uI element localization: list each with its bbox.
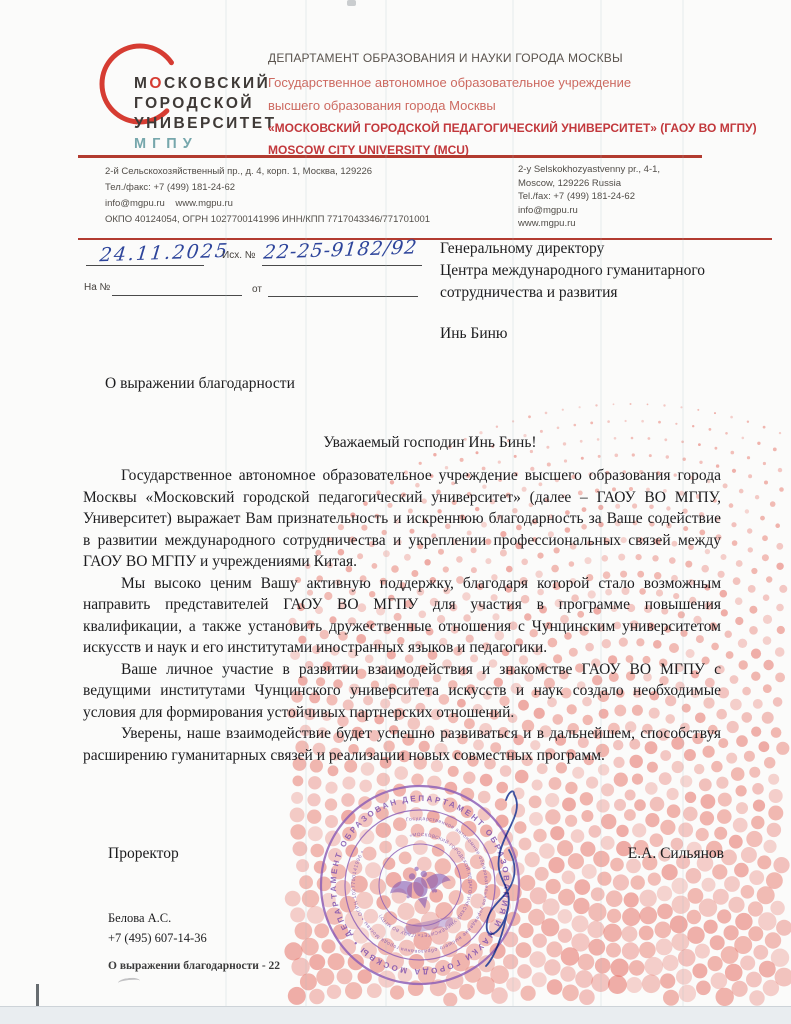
subject-line: О выражении благодарности — [105, 375, 295, 393]
incoming-date-underline — [268, 296, 418, 297]
paragraph-1: Государственное автономное образовательн… — [83, 465, 721, 573]
signer-name: Е.А. Сильянов — [628, 845, 724, 863]
contact-codes-ru: ОКПО 40124054, ОГРН 1027700141996 ИНН/КП… — [105, 212, 430, 228]
pencil-mark — [118, 977, 141, 987]
contact-address-ru: 2-й Сельскохозяйственный пр., д. 4, корп… — [105, 164, 430, 180]
mgpu-logo-text: МОСКОВСКИЙ ГОРОДСКОЙ УНИВЕРСИТЕТ МГПУ — [134, 74, 277, 154]
logo-line-2: ГОРОДСКОЙ — [134, 94, 277, 114]
outgoing-number-label: Исх. № — [222, 250, 255, 261]
org-type-line-2: высшего образования города Москвы — [268, 98, 496, 113]
contacts-english: 2-y Selskokhozyastvenny pr., 4-1, Moscow… — [518, 163, 660, 231]
footer-note: О выражении благодарности - 22 — [108, 960, 280, 972]
logo-line-3: УНИВЕРСИТЕТ — [134, 114, 277, 134]
logo-line-1: МОСКОВСКИЙ — [134, 74, 277, 94]
incoming-date-label: от — [252, 284, 262, 295]
recipient-line-1: Генеральному директору — [440, 238, 705, 260]
salutation: Уважаемый господин Инь Бинь! — [180, 434, 680, 452]
executor-phone: +7 (495) 607-14-36 — [108, 928, 207, 948]
recipient-name: Инь Биню — [440, 323, 705, 345]
executor-block: Белова А.С. +7 (495) 607-14-36 — [108, 908, 207, 948]
paragraph-2: Мы высоко ценим Вашу активную поддержку,… — [83, 573, 721, 659]
handwritten-date: 24.11.2025 — [99, 240, 231, 266]
logo-red-o: О — [149, 75, 164, 92]
date-underline — [86, 265, 204, 266]
pen-signature — [440, 770, 560, 990]
incoming-number-underline — [112, 295, 242, 296]
scan-edge-mark — [36, 984, 39, 1006]
org-type-line-1: Государственное автономное образовательн… — [268, 75, 631, 90]
scanned-letter-page: МОСКОВСКИЙ ГОРОДСКОЙ УНИВЕРСИТЕТ МГПУ ДЕ… — [0, 0, 791, 1024]
contact-email-en: info@mgpu.ru — [518, 204, 660, 218]
header-divider-rule — [78, 155, 702, 158]
org-name-ru: «МОСКОВСКИЙ ГОРОДСКОЙ ПЕДАГОГИЧЕСКИЙ УНИ… — [268, 121, 757, 135]
paragraph-4: Уверены, наше взаимодействие будет успеш… — [83, 723, 721, 766]
contact-email-site-ru: info@mgpu.ru www.mgpu.ru — [105, 196, 430, 212]
contact-site-en: www.mgpu.ru — [518, 217, 660, 231]
incoming-number-label: На № — [84, 282, 110, 293]
logo-line-mgpu: МГПУ — [134, 134, 277, 154]
contact-address-en-2: Moscow, 129226 Russia — [518, 177, 660, 191]
contact-phone-ru: Тел./факс: +7 (499) 181-24-62 — [105, 180, 430, 196]
executor-name: Белова А.С. — [108, 908, 207, 928]
department-title: ДЕПАРТАМЕНТ ОБРАЗОВАНИЯ И НАУКИ ГОРОДА М… — [268, 51, 623, 65]
letter-body: Государственное автономное образовательн… — [83, 465, 721, 766]
letter-content: МОСКОВСКИЙ ГОРОДСКОЙ УНИВЕРСИТЕТ МГПУ ДЕ… — [0, 0, 791, 1024]
number-underline — [262, 265, 422, 266]
scan-smudge — [347, 0, 356, 6]
scanner-bottom-band — [0, 1006, 791, 1024]
contact-address-en-1: 2-y Selskokhozyastvenny pr., 4-1, — [518, 163, 660, 177]
signer-position: Проректор — [108, 845, 179, 863]
recipient-line-2: Центра международного гуманитарного — [440, 260, 705, 282]
contacts-russian: 2-й Сельскохозяйственный пр., д. 4, корп… — [105, 164, 430, 228]
handwritten-outgoing-number: 22-25-9182/92 — [263, 236, 419, 263]
paragraph-3: Ваше личное участие в развитии взаимодей… — [83, 659, 721, 724]
contact-phone-en: Tel./fax: +7 (499) 181-24-62 — [518, 190, 660, 204]
recipient-line-3: сотрудничества и развития — [440, 282, 705, 304]
recipient-block: Генеральному директору Центра международ… — [440, 238, 705, 345]
